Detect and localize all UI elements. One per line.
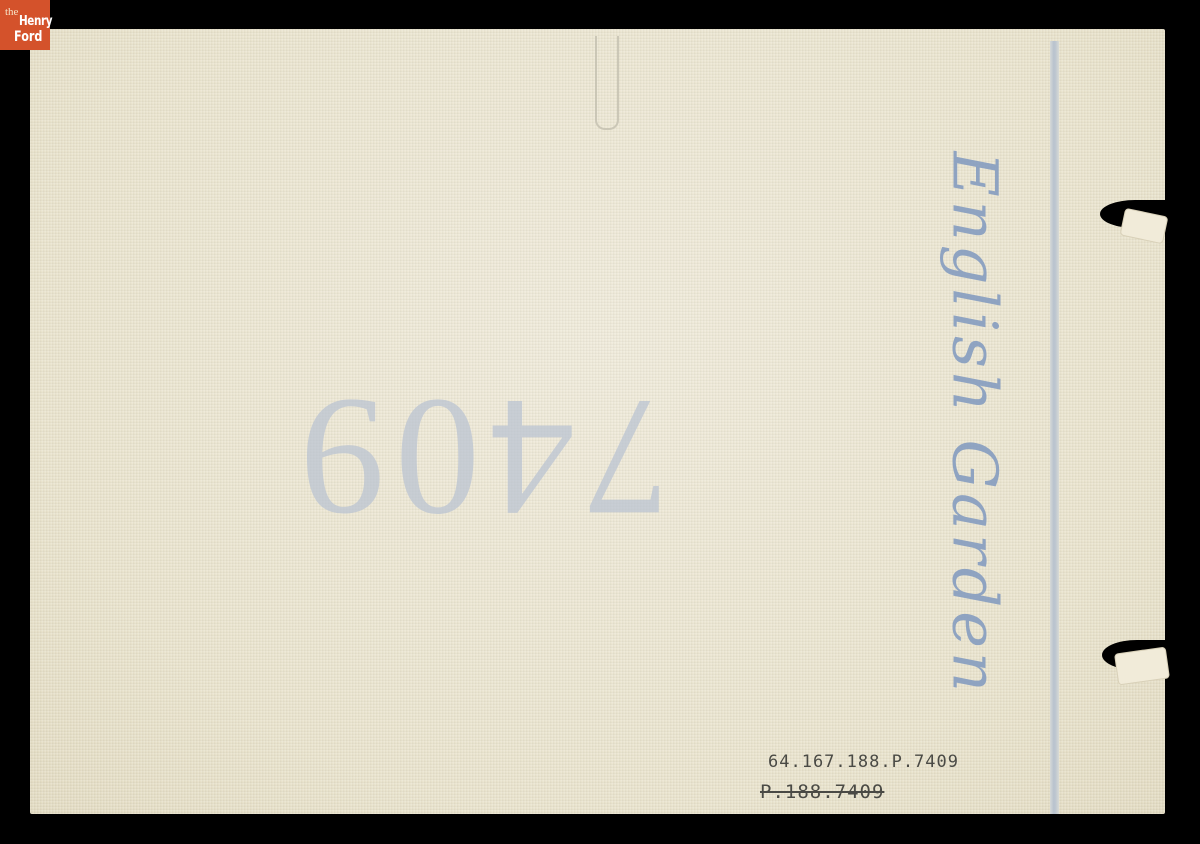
the-henry-ford-logo: the Henry Ford [0, 0, 50, 50]
logo-ford: Ford [14, 29, 42, 45]
accession-number: 64.167.188.P.7409 [768, 752, 959, 772]
handwritten-title: English Garden [939, 152, 1012, 652]
struck-accession-number: P.188.7409 [760, 781, 884, 803]
pencil-mark [595, 36, 619, 130]
blue-binding-stripe [1050, 41, 1059, 814]
upside-down-number: 7409 [290, 360, 670, 555]
logo-henry: Henry [19, 14, 52, 29]
logo-the: the [5, 6, 18, 18]
